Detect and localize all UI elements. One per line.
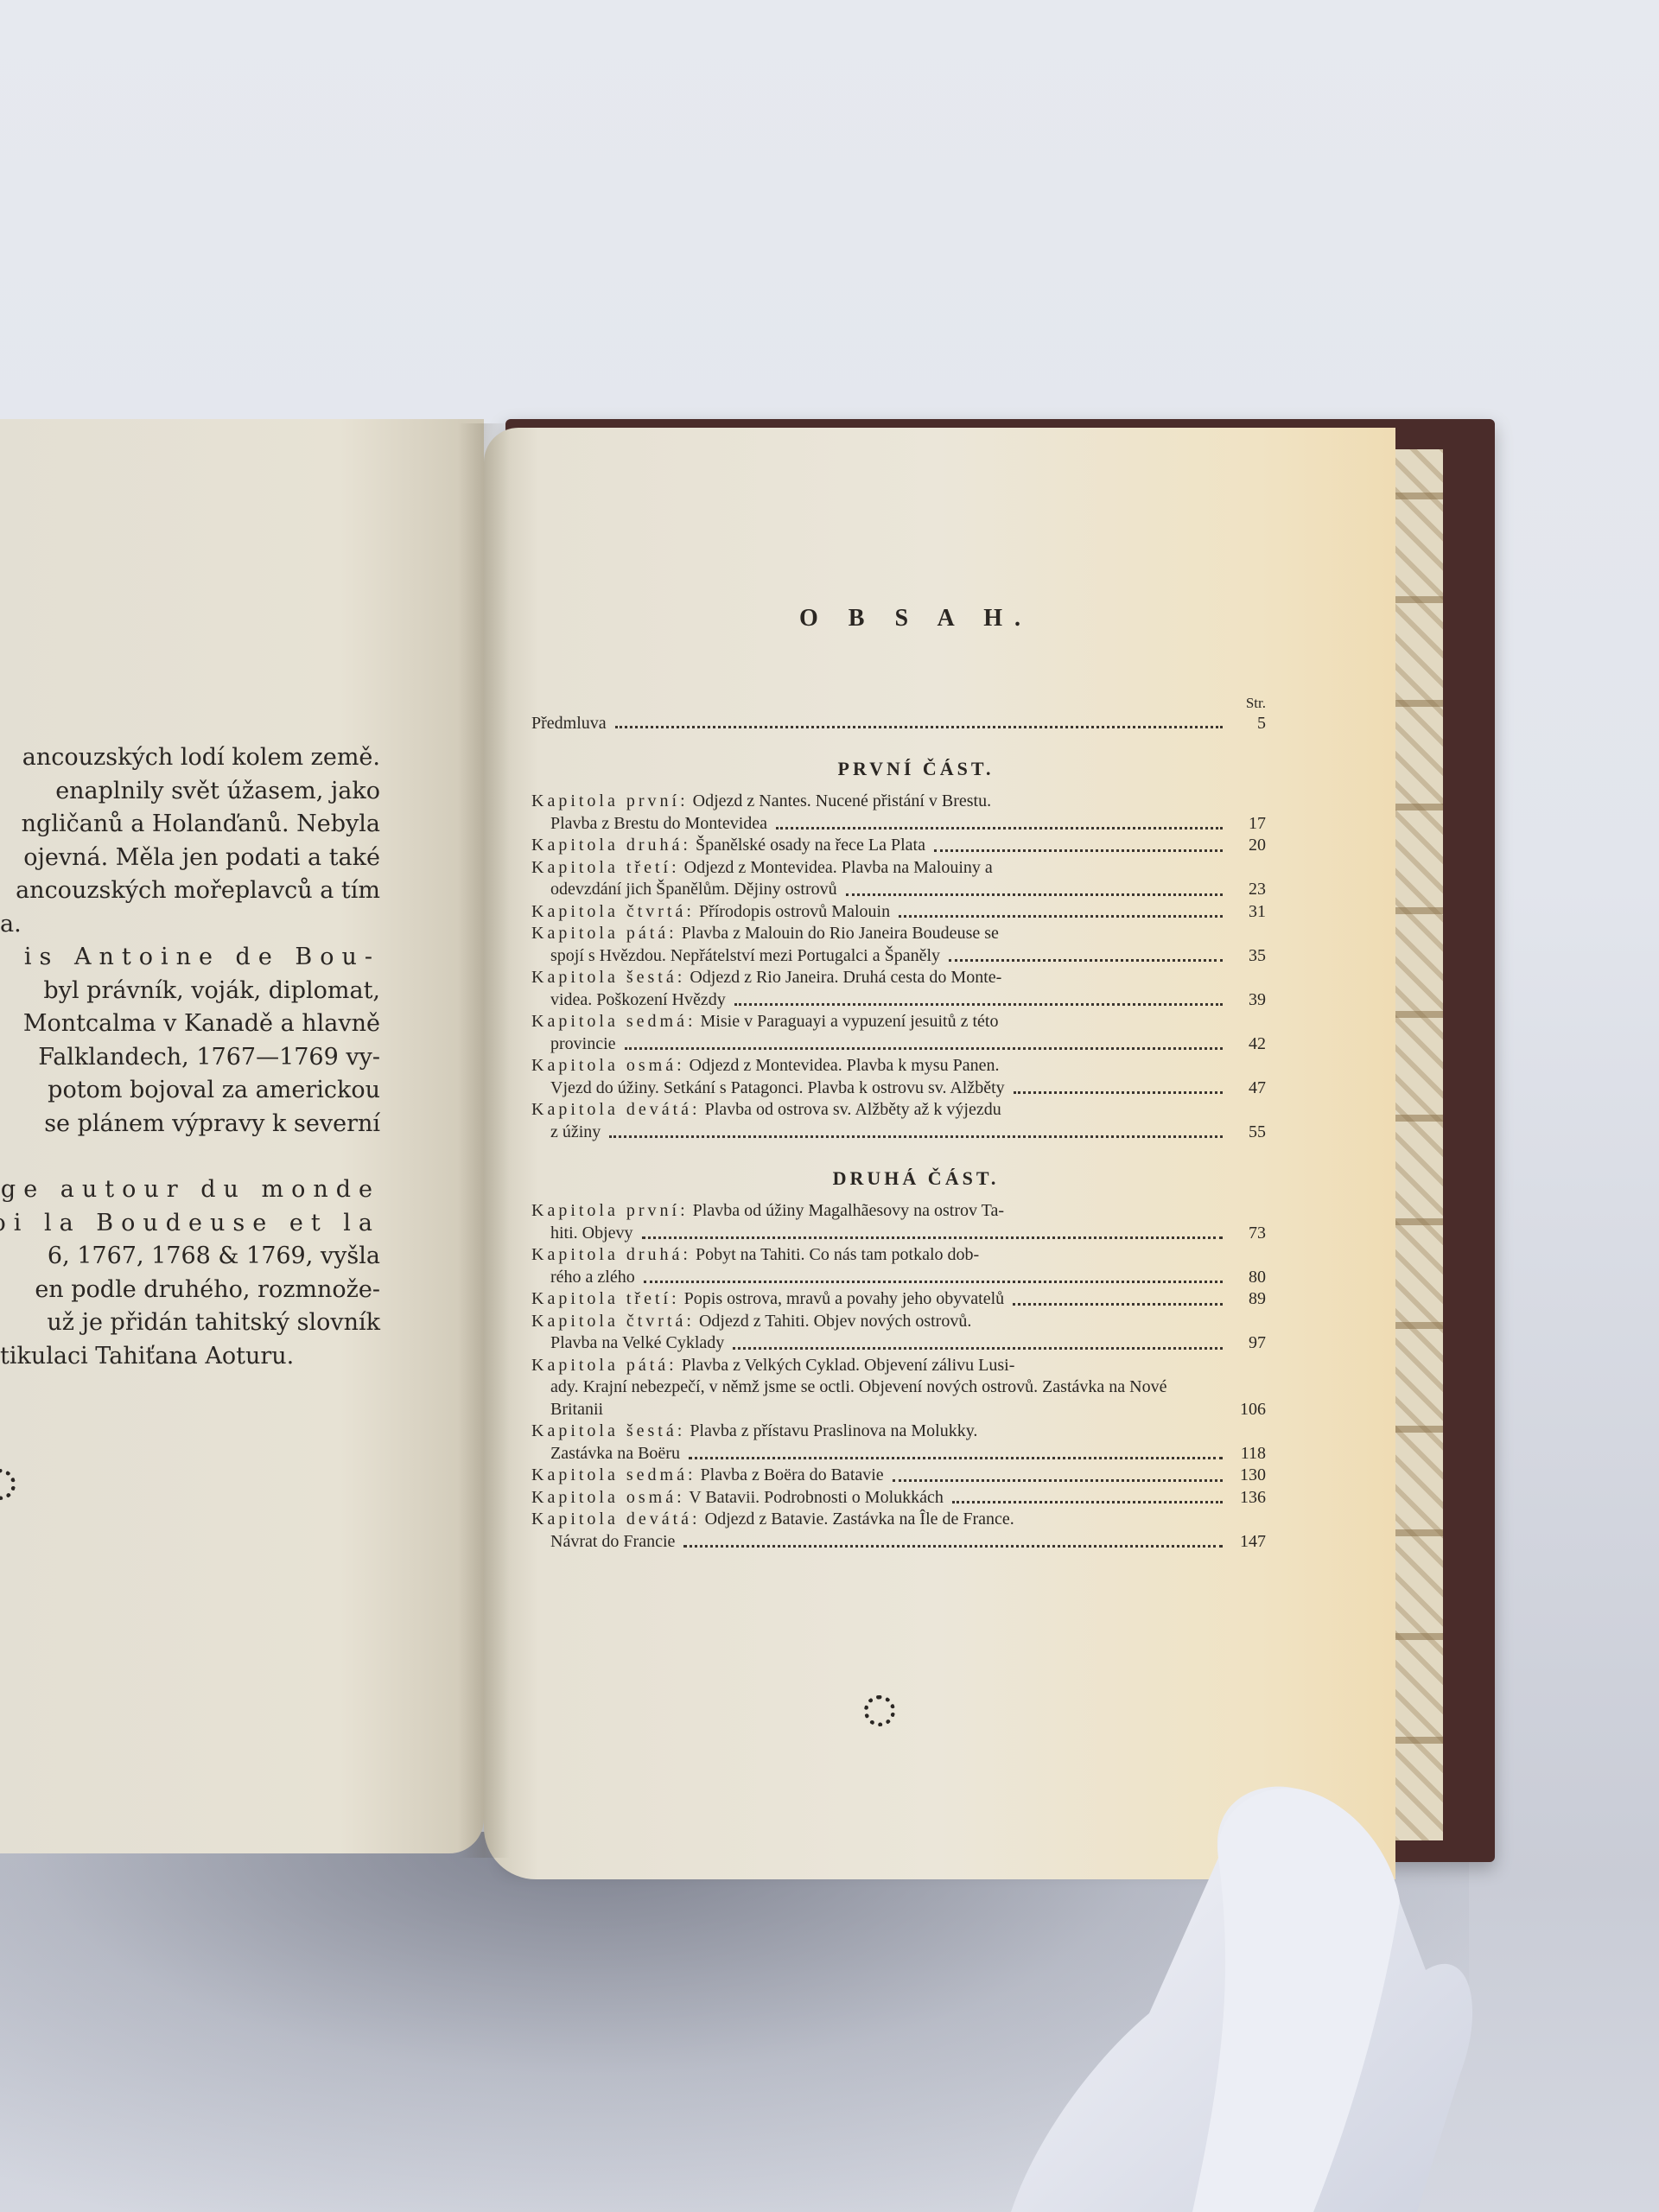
gloved-hand [0,0,1659,2212]
